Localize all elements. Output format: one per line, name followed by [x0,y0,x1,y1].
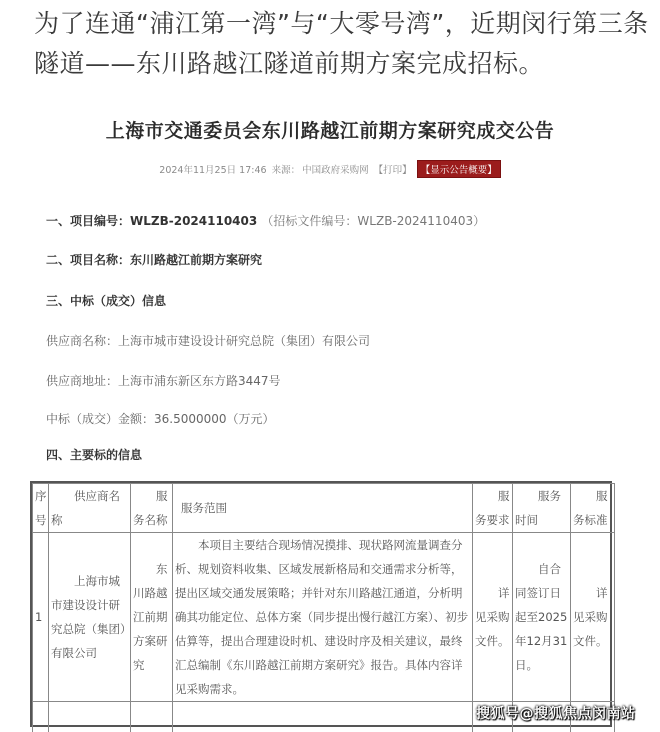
announcement-meta: 2024年11月25日 17:46 来源：中国政府采购网 【打印】 【显示公告概… [0,160,660,178]
cell-scope: 本项目主要结合现场情况摸排、现状路网流量调查分析、规划资料收集、区域发展新格局和… [173,533,473,702]
award-amount-line: 中标（成交）金额：36.5000000（万元） [46,410,275,427]
table-header-row: 序号 供应商名称 服务名称 服务范围 服务要求 服务时间 服务标准 [33,484,615,533]
intro-line-1: 为了连通“浦江第一湾”与“大零号湾”，近期闵行第三条 [34,4,644,44]
cell-time: 自合同签订日起至2025年12月31日。 [513,533,571,702]
tender-doc-number: （招标文件编号：WLZB-2024110403） [261,214,485,228]
supplier-address-label: 供应商地址： [46,374,118,388]
source-watermark: 搜狐号@搜狐焦点闵南站 [476,703,636,723]
project-name-line: 二、项目名称：东川路越江前期方案研究 [46,251,262,268]
header-standard: 服务标准 [571,484,615,533]
empty-cell [49,702,131,732]
show-summary-button[interactable]: 【显示公告概要】 [417,160,501,178]
supplier-name-line: 供应商名称：上海市城市建设设计研究总院（集团）有限公司 [46,332,370,349]
empty-cell [33,702,49,732]
header-service-name: 服务名称 [131,484,173,533]
award-amount-label: 中标（成交）金额： [46,412,154,426]
section-award-info: 三、中标（成交）信息 [46,292,166,309]
cell-standard: 详见采购文件。 [571,533,615,702]
empty-cell [173,702,473,732]
supplier-name-label: 供应商名称： [46,334,118,348]
project-number-value: WLZB-2024110403 [130,214,257,228]
intro-line-2: 隧道——东川路越江隧道前期方案完成招标。 [34,44,644,84]
supplier-address-value: 上海市浦东新区东方路3447号 [118,374,281,388]
empty-cell [131,702,173,732]
project-name-value: 东川路越江前期方案研究 [130,253,262,267]
supplier-name-value: 上海市城市建设设计研究总院（集团）有限公司 [118,334,370,348]
source-label: 来源： [272,165,301,176]
header-requirement: 服务要求 [473,484,513,533]
cell-no: 1 [33,533,49,702]
source-link[interactable]: 中国政府采购网 [302,165,369,176]
cell-supplier: 上海市城市建设设计研究总院（集团）有限公司 [49,533,131,702]
section-main-subject: 四、主要标的信息 [46,446,142,463]
table-row: 1 上海市城市建设设计研究总院（集团）有限公司 东川路越江前期方案研究 本项目主… [33,533,615,702]
article-intro: 为了连通“浦江第一湾”与“大零号湾”，近期闵行第三条 隧道——东川路越江隧道前期… [34,4,644,84]
announcement-title: 上海市交通委员会东川路越江前期方案研究成交公告 [0,116,660,143]
award-amount-value: 36.5000000（万元） [154,412,275,426]
header-no: 序号 [33,484,49,533]
cell-service-name: 东川路越江前期方案研究 [131,533,173,702]
header-supplier: 供应商名称 [49,484,131,533]
header-time: 服务时间 [513,484,571,533]
project-name-label: 二、项目名称： [46,253,130,267]
header-scope: 服务范围 [173,484,473,533]
print-link[interactable]: 【打印】 [374,165,412,176]
cell-requirement: 详见采购文件。 [473,533,513,702]
subject-info-table: 序号 供应商名称 服务名称 服务范围 服务要求 服务时间 服务标准 1 上海市城… [30,481,612,727]
supplier-address-line: 供应商地址：上海市浦东新区东方路3447号 [46,372,281,389]
publish-datetime: 2024年11月25日 17:46 [159,165,266,176]
project-number-label: 一、项目编号： [46,214,130,228]
project-number-line: 一、项目编号：WLZB-2024110403 （招标文件编号：WLZB-2024… [46,212,485,229]
